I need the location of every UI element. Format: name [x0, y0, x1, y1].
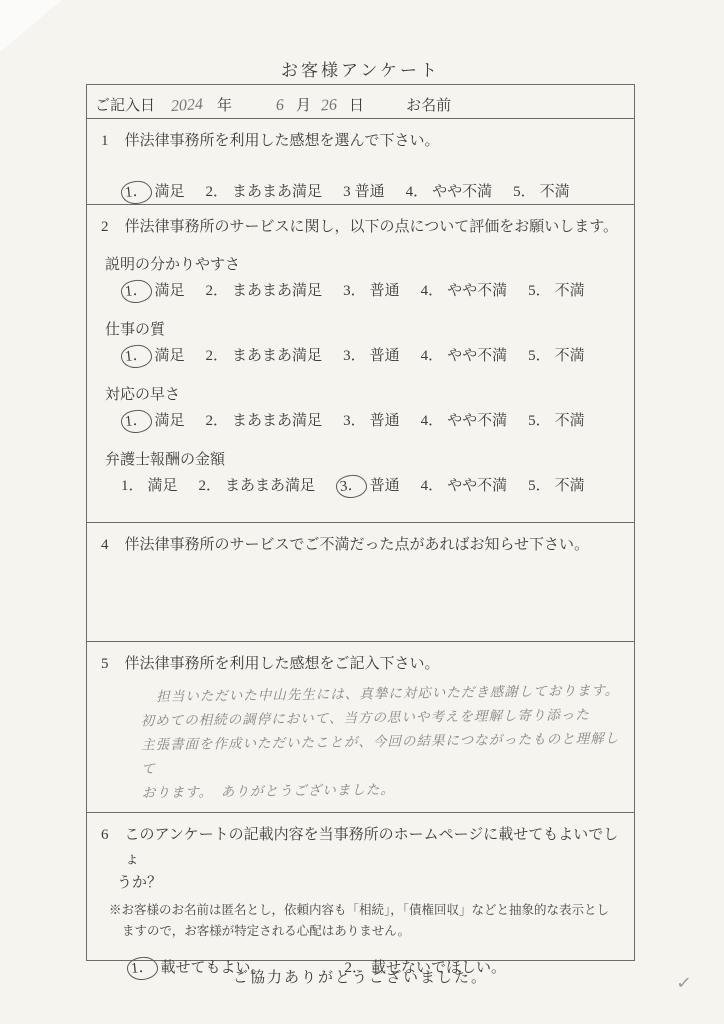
q2r4-option-1-number: 1．	[121, 473, 144, 499]
q1-options: 1．満足 2．まあまあ満足 3普通 4．やや不満 5．不満	[99, 179, 624, 205]
q1-text: 伴法律事務所を利用した感想を選んで下さい。	[125, 129, 440, 153]
q6-number: 6	[101, 823, 109, 871]
q2r1-option-2: 2．まあまあ満足	[206, 278, 323, 304]
form-box: ご記入日 2024 年 6 月 26 日 お名前 1 伴法律事務所を利用した感想…	[86, 84, 635, 961]
q2r4-option-4: 4．やや不満	[421, 473, 508, 499]
date-row: ご記入日 2024 年 6 月 26 日 お名前	[87, 85, 634, 119]
section-q2: 2 伴法律事務所のサービスに関し，以下の点について評価をお願いします。 説明の分…	[87, 205, 634, 523]
date-label: ご記入日	[95, 94, 155, 115]
q2r1-option-2-label: まあまあ満足	[232, 283, 322, 299]
q2r4-option-1: 1．満足	[121, 473, 178, 499]
month-unit-label: 月	[296, 94, 311, 115]
q2-row-quality-label: 仕事の質	[105, 317, 624, 343]
q2r3-option-1-label: 満足	[155, 413, 185, 429]
q2r2-option-5-number: 5．	[528, 343, 551, 369]
q1-option-2-label: まあまあ満足	[232, 184, 322, 200]
q5-number: 5	[101, 652, 109, 676]
q2r1-option-4-number: 4．	[421, 278, 444, 304]
q2r2-option-3-number: 3．	[343, 343, 366, 369]
q2r3-option-4: 4．やや不満	[421, 408, 508, 434]
q1-option-2-number: 2．	[206, 179, 229, 205]
q2r3-option-2-label: まあまあ満足	[232, 413, 322, 429]
q2r1-option-1: 1．満足	[121, 278, 185, 304]
q2r4-option-5-number: 5．	[528, 473, 551, 499]
scan-skew-artifact	[0, 0, 62, 52]
q2-text: 伴法律事務所のサービスに関し，以下の点について評価をお願いします。	[125, 215, 619, 239]
handwritten-checkmark-icon: ✓	[676, 973, 693, 994]
q2-row-quality-options: 1．満足 2．まあまあ満足 3．普通 4．やや不満 5．不満	[99, 343, 624, 369]
month-value-handwritten: 6	[275, 97, 284, 116]
q2r1-option-3-label: 普通	[370, 283, 400, 299]
q2r4-option-5: 5．不満	[528, 473, 585, 499]
q4-number: 4	[101, 533, 109, 557]
q2r1-option-4: 4．やや不満	[421, 278, 508, 304]
q6-note-line-1: ※お客様のお名前は匿名とし，依頼内容も「相続」，「債権回収」などと抽象的な表示と…	[109, 900, 624, 921]
q6-note: ※お客様のお名前は匿名とし，依頼内容も「相続」，「債権回収」などと抽象的な表示と…	[109, 900, 624, 942]
q2r2-option-1-number-circled: 1．	[120, 343, 153, 369]
section-q1: 1 伴法律事務所を利用した感想を選んで下さい。 1．満足 2．まあまあ満足 3普…	[87, 119, 634, 205]
q6-question: 6 このアンケートの記載内容を当事務所のホームページに載せてもよいでしょ	[99, 823, 624, 871]
q2-row-speed-options: 1．満足 2．まあまあ満足 3．普通 4．やや不満 5．不満	[99, 408, 624, 434]
q1-option-5-number: 5．	[513, 179, 536, 205]
q2r4-option-2-number: 2．	[199, 473, 222, 499]
year-unit-label: 年	[217, 94, 232, 115]
q2r4-option-5-label: 不満	[555, 478, 585, 494]
q1-option-3-number: 3	[343, 179, 351, 205]
q2r2-option-2-number: 2．	[206, 343, 229, 369]
q2r3-option-3-label: 普通	[370, 413, 400, 429]
q6-text-line2: うか？	[117, 871, 624, 895]
q2r1-option-3: 3．普通	[343, 278, 400, 304]
q2r2-option-2-label: まあまあ満足	[232, 348, 322, 364]
q2-row-fees-options: 1．満足 2．まあまあ満足 3．普通 4．やや不満 5．不満	[99, 473, 624, 499]
q4-question: 4 伴法律事務所のサービスでご不満だった点があればお知らせ下さい。	[99, 533, 624, 557]
q2r1-option-4-label: やや不満	[447, 283, 507, 299]
q2r2-option-3: 3．普通	[343, 343, 400, 369]
q2r3-option-2-number: 2．	[206, 408, 229, 434]
q2r3-option-5-label: 不満	[555, 413, 585, 429]
q2-row-fees-label: 弁護士報酬の金額	[105, 447, 624, 473]
q2r1-option-5: 5．不満	[528, 278, 585, 304]
q1-number: 1	[101, 129, 109, 153]
q1-option-4: 4．やや不満	[406, 179, 493, 205]
q6-text-line1: このアンケートの記載内容を当事務所のホームページに載せてもよいでしょ	[125, 823, 625, 871]
q2-row-clarity-label: 説明の分かりやすさ	[105, 252, 624, 278]
q2-row-quality: 仕事の質 1．満足 2．まあまあ満足 3．普通 4．やや不満 5．不満	[99, 317, 624, 369]
q2r2-option-4: 4．やや不満	[421, 343, 508, 369]
q2r3-option-1: 1．満足	[121, 408, 185, 434]
q5-question: 5 伴法律事務所を利用した感想をご記入下さい。	[99, 652, 624, 676]
q2-question: 2 伴法律事務所のサービスに関し，以下の点について評価をお願いします。	[99, 215, 624, 239]
q2r4-option-1-label: 満足	[148, 478, 178, 494]
q2-row-clarity: 説明の分かりやすさ 1．満足 2．まあまあ満足 3．普通 4．やや不満 5．不満	[99, 252, 624, 304]
page-title: お客様アンケート	[86, 56, 635, 81]
q2r3-option-3: 3．普通	[343, 408, 400, 434]
name-label: お名前	[406, 94, 451, 115]
q5-text: 伴法律事務所を利用した感想をご記入下さい。	[125, 652, 440, 676]
q2r4-option-4-label: やや不満	[447, 478, 507, 494]
q2r1-option-5-label: 不満	[555, 283, 585, 299]
q1-option-2: 2．まあまあ満足	[206, 179, 323, 205]
q2r4-option-2-label: まあまあ満足	[225, 478, 315, 494]
q1-option-3: 3普通	[343, 179, 385, 205]
q2r4-option-4-number: 4．	[421, 473, 444, 499]
day-unit-label: 日	[349, 94, 364, 115]
year-value-handwritten: 2024	[170, 96, 203, 116]
q2r3-option-2: 2．まあまあ満足	[206, 408, 323, 434]
q2r4-option-3: 3．普通	[336, 473, 400, 499]
q2r3-option-1-number-circled: 1．	[120, 408, 153, 434]
q2r1-option-1-label: 満足	[155, 283, 185, 299]
q2r2-option-1-label: 満足	[155, 348, 185, 364]
q2-number: 2	[101, 215, 109, 239]
q2-row-speed-label: 対応の早さ	[105, 382, 624, 408]
q2r3-option-5: 5．不満	[528, 408, 585, 434]
q2r1-option-1-number-circled: 1．	[120, 278, 153, 304]
q2r2-option-5: 5．不満	[528, 343, 585, 369]
q2r2-option-5-label: 不満	[555, 348, 585, 364]
q2r2-option-4-label: やや不満	[447, 348, 507, 364]
q2r3-option-4-number: 4．	[421, 408, 444, 434]
q2r4-option-3-number-circled: 3．	[335, 473, 368, 499]
q5-handwritten-answer: 担当いただいた中山先生には、真摯に対応いただき感謝しております。 初めての相続の…	[140, 679, 625, 806]
q1-option-5-label: 不満	[540, 184, 570, 200]
q1-option-1: 1．満足	[121, 179, 185, 205]
q2r2-option-3-label: 普通	[370, 348, 400, 364]
q1-option-4-number: 4．	[406, 179, 429, 205]
q2r1-option-3-number: 3．	[343, 278, 366, 304]
section-q6: 6 このアンケートの記載内容を当事務所のホームページに載せてもよいでしょ うか？…	[87, 813, 634, 959]
section-q5: 5 伴法律事務所を利用した感想をご記入下さい。 担当いただいた中山先生には、真摯…	[87, 642, 634, 813]
q2r3-option-5-number: 5．	[528, 408, 551, 434]
q1-option-3-label: 普通	[355, 184, 385, 200]
section-q4: 4 伴法律事務所のサービスでご不満だった点があればお知らせ下さい。	[87, 523, 634, 642]
q2-row-speed: 対応の早さ 1．満足 2．まあまあ満足 3．普通 4．やや不満 5．不満	[99, 382, 624, 434]
q1-option-4-label: やや不満	[432, 184, 492, 200]
q2r4-option-2: 2．まあまあ満足	[199, 473, 316, 499]
q2r3-option-4-label: やや不満	[447, 413, 507, 429]
q1-question: 1 伴法律事務所を利用した感想を選んで下さい。	[99, 129, 624, 153]
q1-option-1-number-circled: 1．	[120, 179, 153, 205]
q2r1-option-5-number: 5．	[528, 278, 551, 304]
q2r2-option-1: 1．満足	[121, 343, 185, 369]
q2r3-option-3-number: 3．	[343, 408, 366, 434]
day-value-handwritten: 26	[320, 96, 337, 115]
scanned-survey-page: お客様アンケート ご記入日 2024 年 6 月 26 日 お名前 1 伴法律事…	[0, 0, 724, 1024]
q2-row-clarity-options: 1．満足 2．まあまあ満足 3．普通 4．やや不満 5．不満	[99, 278, 624, 304]
q2r2-option-2: 2．まあまあ満足	[206, 343, 323, 369]
q2-row-fees: 弁護士報酬の金額 1．満足 2．まあまあ満足 3．普通 4．やや不満 5．不満	[99, 447, 624, 499]
q1-option-1-label: 満足	[155, 184, 185, 200]
footer-thanks-text: ご協力ありがとうございました。	[86, 966, 635, 987]
q5-handwritten-line-3: 主張書面を作成いただいたことが、今回の結果につながったものと理解して	[141, 727, 625, 782]
q4-text: 伴法律事務所のサービスでご不満だった点があればお知らせ下さい。	[125, 533, 590, 557]
q1-option-5: 5．不満	[513, 179, 570, 205]
q6-note-line-2: ますので，お客様が特定される心配はありません。	[122, 921, 624, 942]
q2r1-option-2-number: 2．	[206, 278, 229, 304]
q2r2-option-4-number: 4．	[421, 343, 444, 369]
q2r4-option-3-label: 普通	[370, 478, 400, 494]
